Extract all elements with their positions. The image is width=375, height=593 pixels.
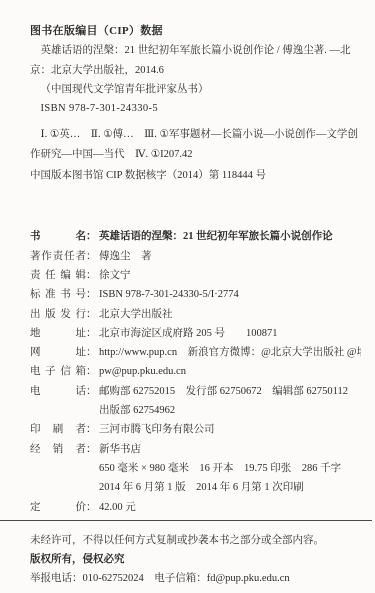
info-row-book-title: 书名：英雄话语的涅槃：21 世纪初年军旅长篇小说创作论 bbox=[30, 227, 361, 246]
info-label: 电子信箱 bbox=[30, 362, 86, 381]
info-value: 2014 年 6 月第 1 版 2014 年 6 月第 1 次印刷 bbox=[99, 478, 361, 497]
info-row-edition: 2014 年 6 月第 1 版 2014 年 6 月第 1 次印刷 bbox=[30, 478, 361, 497]
info-value: 42.00 元 bbox=[99, 498, 361, 517]
info-row-phone: 电话：邮购部 62752015 发行部 62750672 编辑部 6275011… bbox=[30, 382, 361, 401]
info-colon: ： bbox=[86, 382, 99, 401]
info-row-price: 定价：42.00 元 bbox=[30, 498, 361, 517]
info-label: 书名 bbox=[30, 227, 86, 246]
info-colon: ： bbox=[86, 266, 99, 285]
info-row-phone-cont: 出版部 62754962 bbox=[30, 401, 361, 420]
info-label: 经销者 bbox=[30, 440, 86, 459]
info-row-author: 著作责任者：傅逸尘 著 bbox=[30, 247, 361, 266]
info-colon: ： bbox=[86, 343, 99, 362]
cip-isbn: ISBN 978-7-301-24330-5 bbox=[30, 99, 361, 118]
cip-catalog-entry: 英雄话语的涅槃：21 世纪初年军旅长篇小说创作论 / 傅逸尘著. —北京：北京大… bbox=[30, 41, 361, 80]
publication-info: 书名：英雄话语的涅槃：21 世纪初年军旅长篇小说创作论 著作责任者：傅逸尘 著 … bbox=[30, 227, 361, 516]
info-label: 标准书号 bbox=[30, 285, 86, 304]
info-colon: ： bbox=[86, 285, 99, 304]
info-row-distributor: 经销者：新华书店 bbox=[30, 440, 361, 459]
info-label: 电话 bbox=[30, 382, 86, 401]
notice-rights-reserved: 版权所有，侵权必究 bbox=[30, 550, 361, 569]
info-row-address: 地址：北京市海淀区成府路 205 号 100871 bbox=[30, 324, 361, 343]
info-value: 三河市腾飞印务有限公司 bbox=[99, 420, 361, 439]
info-colon: ： bbox=[86, 305, 99, 324]
info-value: pw@pup.pku.edu.cn bbox=[99, 362, 361, 381]
info-value: 新华书店 bbox=[99, 440, 361, 459]
info-row-website: 网址：http://www.pup.cn 新浪官方微博：@北京大学出版社 @培文… bbox=[30, 343, 361, 362]
info-colon: ： bbox=[86, 420, 99, 439]
info-label: 地址 bbox=[30, 324, 86, 343]
notice-permission-line: 未经许可，不得以任何方式复制或抄袭本书之部分或全部内容。 bbox=[30, 531, 361, 550]
info-row-email: 电子信箱：pw@pup.pku.edu.cn bbox=[30, 362, 361, 381]
info-value: 徐文宁 bbox=[99, 266, 361, 285]
copyright-notice: 未经许可，不得以任何方式复制或抄袭本书之部分或全部内容。 版权所有，侵权必究 举… bbox=[30, 531, 361, 589]
cip-record-number: 中国版本图书馆 CIP 数据核字（2014）第 118444 号 bbox=[30, 166, 361, 185]
info-colon: ： bbox=[86, 324, 99, 343]
info-label: 著作责任者 bbox=[30, 247, 86, 266]
info-value: 北京市海淀区成府路 205 号 100871 bbox=[99, 324, 361, 343]
info-value: http://www.pup.cn 新浪官方微博：@北京大学出版社 @培文图书 bbox=[99, 343, 361, 362]
info-colon: ： bbox=[86, 247, 99, 266]
info-value: 英雄话语的涅槃：21 世纪初年军旅长篇小说创作论 bbox=[99, 227, 361, 246]
info-row-editor: 责任编辑：徐文宁 bbox=[30, 266, 361, 285]
cip-series-title: （中国现代文学馆青年批评家丛书） bbox=[30, 80, 361, 99]
info-value: 傅逸尘 著 bbox=[99, 247, 361, 266]
info-value: 出版部 62754962 bbox=[99, 401, 361, 420]
cip-classification: Ⅰ. ①英… Ⅱ. ①傅… Ⅲ. ①军事题材—长篇小说—小说创作—文学创作研究—… bbox=[30, 125, 361, 164]
cip-heading: 图书在版编目（CIP）数据 bbox=[30, 22, 361, 41]
info-value: 650 毫米 × 980 毫米 16 开本 19.75 印张 286 千字 bbox=[99, 459, 361, 478]
notice-report-contact: 举报电话：010-62752024 电子信箱：fd@pup.pku.edu.cn bbox=[30, 569, 361, 588]
info-value: 邮购部 62752015 发行部 62750672 编辑部 62750112 bbox=[99, 382, 361, 401]
info-row-publisher: 出版发行：北京大学出版社 bbox=[30, 305, 361, 324]
info-row-isbn: 标准书号：ISBN 978-7-301-24330-5/I·2774 bbox=[30, 285, 361, 304]
info-row-format: 650 毫米 × 980 毫米 16 开本 19.75 印张 286 千字 bbox=[30, 459, 361, 478]
info-value: ISBN 978-7-301-24330-5/I·2774 bbox=[99, 285, 361, 304]
info-label: 印刷者 bbox=[30, 420, 86, 439]
info-value: 北京大学出版社 bbox=[99, 305, 361, 324]
info-label: 责任编辑 bbox=[30, 266, 86, 285]
info-label: 网址 bbox=[30, 343, 86, 362]
info-label: 定价 bbox=[30, 498, 86, 517]
separator-line bbox=[0, 520, 372, 521]
info-colon: ： bbox=[86, 440, 99, 459]
info-label: 出版发行 bbox=[30, 305, 86, 324]
info-colon: ： bbox=[86, 227, 99, 246]
info-colon: ： bbox=[86, 498, 99, 517]
copyright-page: 图书在版编目（CIP）数据 英雄话语的涅槃：21 世纪初年军旅长篇小说创作论 /… bbox=[0, 0, 375, 593]
info-row-printer: 印刷者：三河市腾飞印务有限公司 bbox=[30, 420, 361, 439]
info-colon: ： bbox=[86, 362, 99, 381]
cip-section: 图书在版编目（CIP）数据 英雄话语的涅槃：21 世纪初年军旅长篇小说创作论 /… bbox=[30, 22, 361, 185]
